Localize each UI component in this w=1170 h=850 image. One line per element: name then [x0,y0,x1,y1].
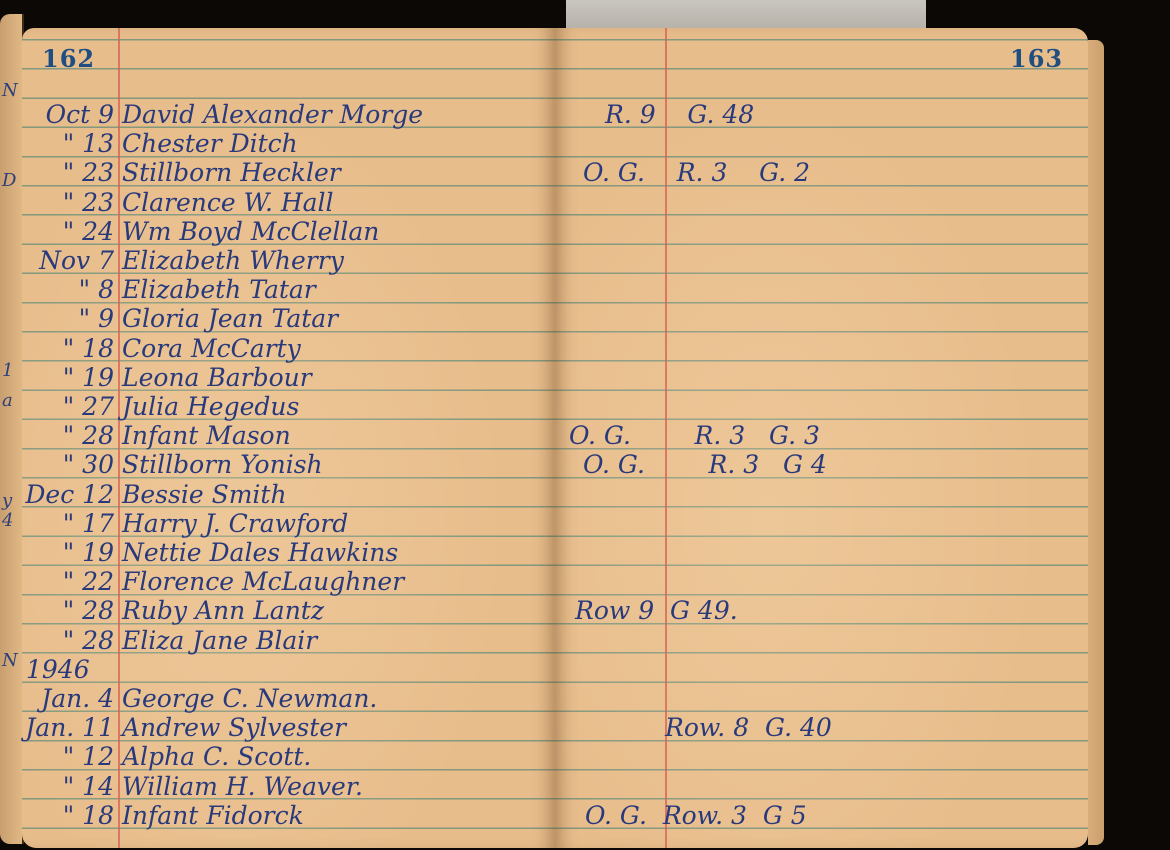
entry-name: William H. Weaver. [122,772,363,801]
entry-name: George C. Newman. [122,684,377,713]
entry-name: Julia Hegedus [122,392,299,421]
plot-location-note: O. G. R. 3 G 4 [583,450,827,479]
entry-name: Bessie Smith [122,480,287,509]
plot-location-note: O. G. Row. 3 G 5 [585,801,807,830]
entry-date: Jan. 11 [14,713,114,742]
entry-name: Elizabeth Tatar [122,275,316,304]
right-page-number: 163 [1010,44,1063,73]
edge-mark: a [2,390,13,411]
entry-name: Wm Boyd McClellan [122,217,379,246]
entry-date: Oct 9 [14,100,114,129]
entry-name: Florence McLaughner [122,567,404,596]
edge-mark: y [2,490,12,511]
entry-date: " 30 [14,450,114,479]
entry-date: " 24 [14,217,114,246]
entry-name: Alpha C. Scott. [122,742,311,771]
entry-name: Elizabeth Wherry [122,246,344,275]
entry-name: Andrew Sylvester [122,713,346,742]
entry-date: Jan. 4 [14,684,114,713]
entry-date: " 23 [14,188,114,217]
plot-location-note: O. G. R. 3 G. 3 [569,421,820,450]
entry-date: " 14 [14,772,114,801]
entry-date: " 17 [14,509,114,538]
entry-name: Gloria Jean Tatar [122,304,338,333]
entry-date: " 23 [14,158,114,187]
edge-mark: N [2,80,18,101]
entry-date: " 9 [14,304,114,333]
entry-date: " 19 [14,363,114,392]
entry-name: Infant Mason [122,421,291,450]
entry-name: Harry J. Crawford [122,509,348,538]
plot-location-note: R. 9 G. 48 [605,100,754,129]
entry-date: Dec 12 [14,480,114,509]
entry-name: Ruby Ann Lantz [122,596,324,625]
entry-date: " 22 [14,567,114,596]
entry-date: " 13 [14,129,114,158]
entry-date: " 19 [14,538,114,567]
plot-location-note: Row. 8 G. 40 [665,713,832,742]
plot-location-note: Row 9 G 49. [575,596,738,625]
entry-date: 1946 [26,655,126,684]
entry-name: David Alexander Morge [122,100,423,129]
entry-name: Clarence W. Hall [122,188,334,217]
left-page: 162 Oct 9David Alexander Morge" 13Cheste… [22,28,555,848]
page-stack-edge [1088,40,1104,845]
entry-name: Leona Barbour [122,363,312,392]
entry-name: Cora McCarty [122,334,301,363]
plot-location-note: O. G. R. 3 G. 2 [583,158,810,187]
entry-name: Infant Fidorck [122,801,304,830]
paper-tab-strip [566,0,926,28]
entry-name: Stillborn Yonish [122,450,323,479]
entry-date: " 28 [14,421,114,450]
entry-name: Eliza Jane Blair [122,626,317,655]
entry-name: Chester Ditch [122,129,298,158]
entry-date: " 28 [14,626,114,655]
entry-date: " 18 [14,334,114,363]
edge-mark: 1 [2,360,13,381]
entry-name: Nettie Dales Hawkins [122,538,398,567]
entry-date: " 8 [14,275,114,304]
entry-name: Stillborn Heckler [122,158,341,187]
left-margin-line [118,28,120,848]
entry-date: Nov 7 [14,246,114,275]
entry-date: " 27 [14,392,114,421]
entry-date: " 12 [14,742,114,771]
right-page: 163 R. 9 G. 48O. G. R. 3 G. 2O. G. R. 3 … [555,28,1088,848]
left-page-number: 162 [42,44,95,73]
entry-date: " 18 [14,801,114,830]
edge-mark: 4 [2,510,13,531]
entry-date: " 28 [14,596,114,625]
